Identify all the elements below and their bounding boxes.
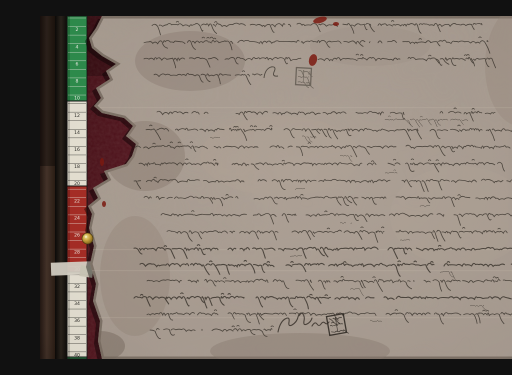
photo-vignette [40,16,512,359]
manuscript-photograph: 246810121416182022242628303234363840 [40,16,512,359]
photo-canvas: 246810121416182022242628303234363840 [40,16,512,359]
